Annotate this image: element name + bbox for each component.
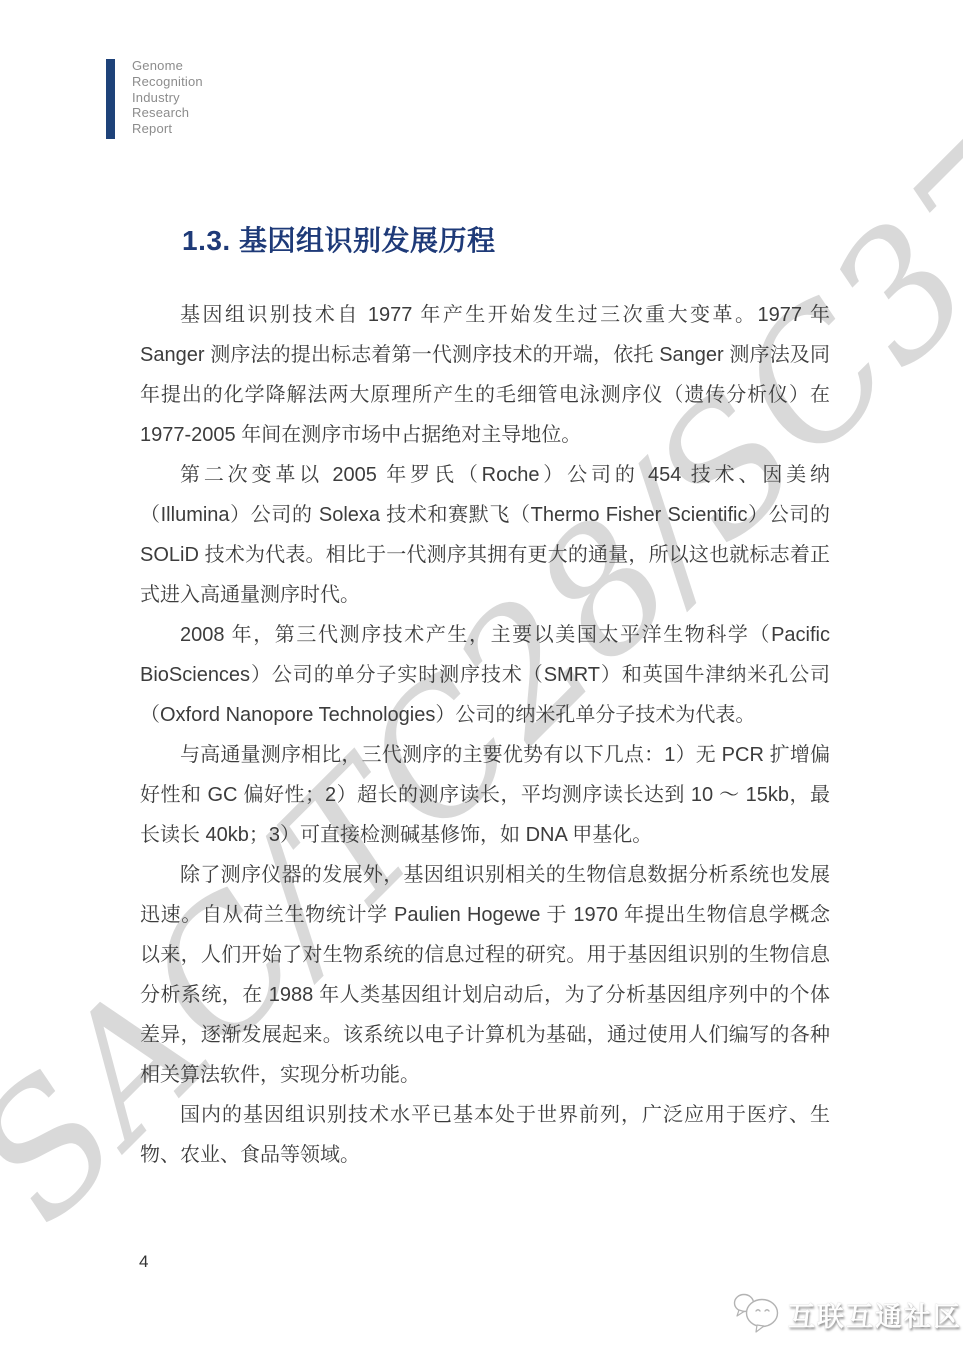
brand-line: Report xyxy=(132,121,203,137)
brand-line: Genome xyxy=(132,58,203,74)
section-heading: 1.3. 基因组识别发展历程 xyxy=(182,219,495,259)
paragraph: 第二次变革以 2005 年罗氏（Roche）公司的 454 技术、因美纳（Ill… xyxy=(140,455,830,615)
paragraph: 国内的基因组识别技术水平已基本处于世界前列，广泛应用于医疗、生物、农业、食品等领… xyxy=(140,1095,830,1175)
body-text: 基因组识别技术自 1977 年产生开始发生过三次重大变革。1977 年 Sang… xyxy=(140,295,830,1175)
brand-line: Recognition xyxy=(132,74,203,90)
community-logo: 互联互通社区 xyxy=(733,1290,962,1339)
brand-accent-bar xyxy=(106,59,115,139)
brand-line: Research xyxy=(132,105,203,121)
paragraph: 除了测序仪器的发展外，基因组识别相关的生物信息数据分析系统也发展迅速。自从荷兰生… xyxy=(140,855,830,1095)
page-number: 4 xyxy=(139,1252,148,1272)
document-page: SAC/TC28/SC37 Genome Recognition Industr… xyxy=(0,0,963,1360)
brand-line: Industry xyxy=(132,90,203,106)
brand-title: Genome Recognition Industry Research Rep… xyxy=(132,58,203,139)
report-brand: Genome Recognition Industry Research Rep… xyxy=(106,58,203,139)
community-name: 互联互通社区 xyxy=(788,1295,962,1334)
paragraph: 基因组识别技术自 1977 年产生开始发生过三次重大变革。1977 年 Sang… xyxy=(140,295,830,455)
chat-bubbles-icon xyxy=(733,1290,781,1339)
paragraph: 与高通量测序相比，三代测序的主要优势有以下几点：1）无 PCR 扩增偏好性和 G… xyxy=(140,735,830,855)
paragraph: 2008 年，第三代测序技术产生，主要以美国太平洋生物科学（Pacific Bi… xyxy=(140,615,830,735)
